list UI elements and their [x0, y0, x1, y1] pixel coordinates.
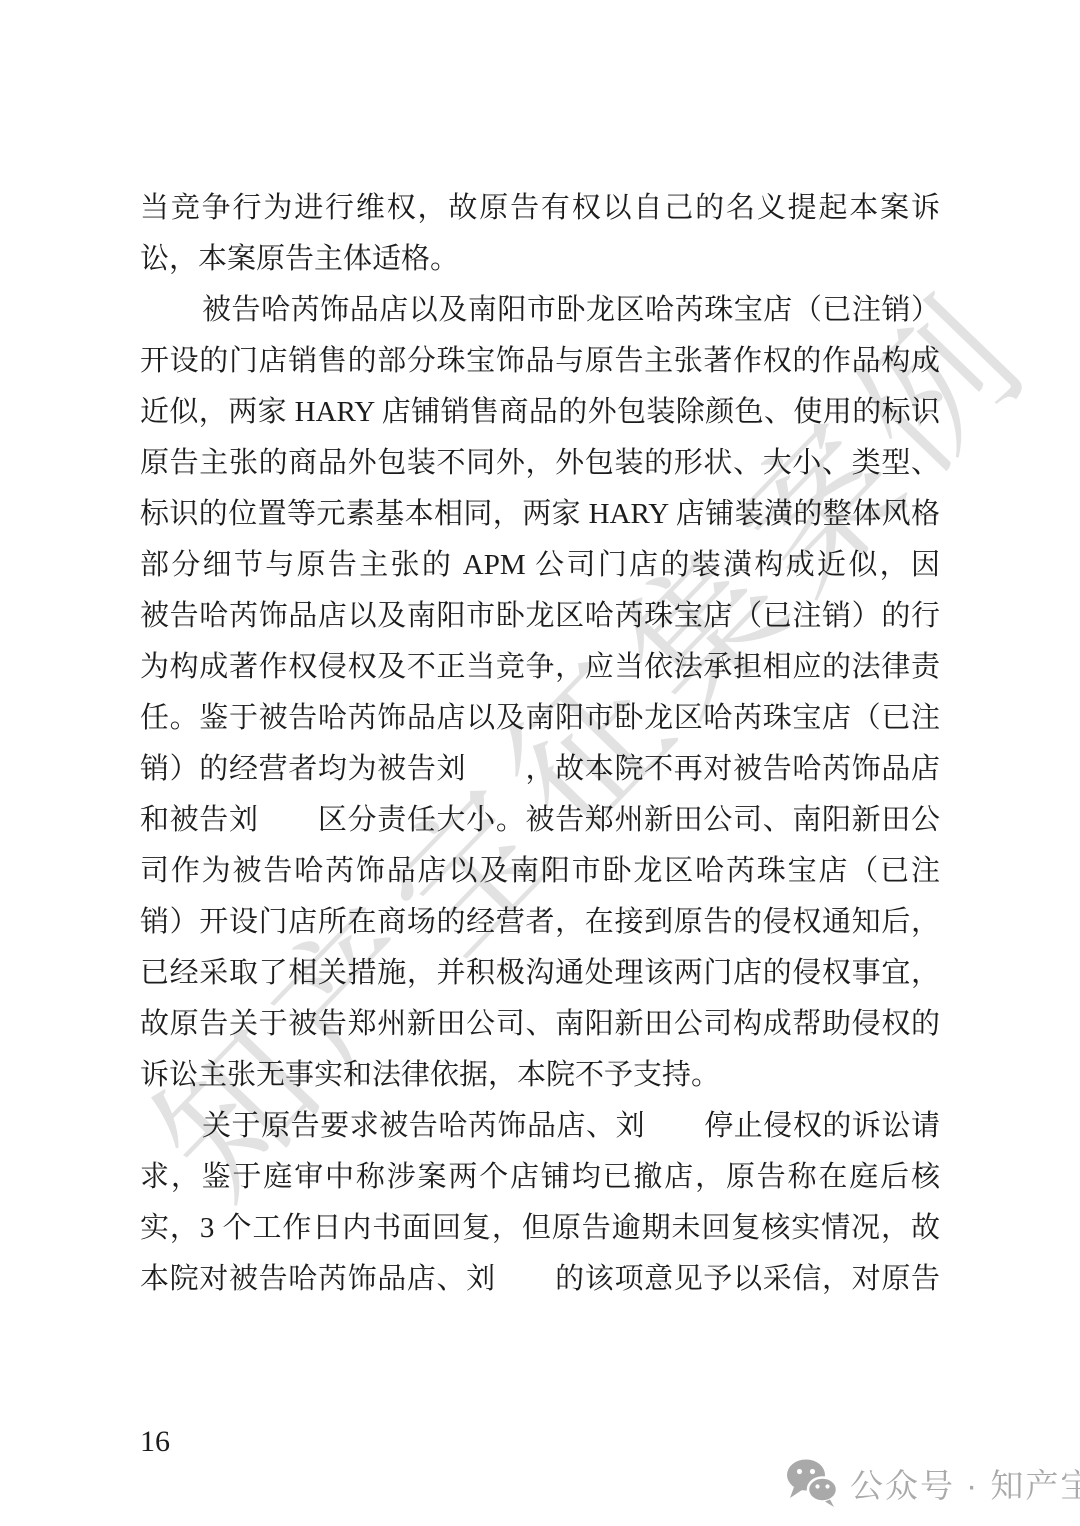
text-line-16: 已经采取了相关措施，并积极沟通处理该两门店的侵权事宜，	[140, 948, 940, 999]
text-line-6: 原告主张的商品外包装不同外，外包装的形状、大小、类型、	[140, 438, 940, 489]
text-line-11: 任。鉴于被告哈芮饰品店以及南阳市卧龙区哈芮珠宝店（已注	[140, 693, 940, 744]
text-line-18: 诉讼主张无事实和法律依据，本院不予支持。	[140, 1050, 940, 1101]
text-line-3: 被告哈芮饰品店以及南阳市卧龙区哈芮珠宝店（已注销）	[140, 285, 940, 336]
document-page: 知产宝征集案例 当竞争行为进行维权，故原告有权以自己的名义提起本案诉 讼，本案原…	[0, 0, 1080, 1526]
text-line-20: 求，鉴于庭审中称涉案两个店铺均已撤店，原告称在庭后核	[140, 1152, 940, 1203]
text-line-12: 销）的经营者均为被告刘 ，故本院不再对被告哈芮饰品店	[140, 744, 940, 795]
text-line-14: 司作为被告哈芮饰品店以及南阳市卧龙区哈芮珠宝店（已注	[140, 846, 940, 897]
wechat-label: 公众号 · 知产宝	[850, 1460, 1080, 1507]
footer-wechat: 公众号 · 知产宝	[786, 1458, 1080, 1508]
text-line-2: 讼，本案原告主体适格。	[140, 234, 940, 285]
text-line-7: 标识的位置等元素基本相同，两家 HARY 店铺装潢的整体风格及	[140, 489, 940, 540]
text-line-1: 当竞争行为进行维权，故原告有权以自己的名义提起本案诉	[140, 183, 940, 234]
text-line-9: 被告哈芮饰品店以及南阳市卧龙区哈芮珠宝店（已注销）的行	[140, 591, 940, 642]
text-line-5: 近似，两家 HARY 店铺销售商品的外包装除颜色、使用的标识与	[140, 387, 940, 438]
text-line-19: 关于原告要求被告哈芮饰品店、刘 停止侵权的诉讼请	[140, 1101, 940, 1152]
text-line-4: 开设的门店销售的部分珠宝饰品与原告主张著作权的作品构成	[140, 336, 940, 387]
text-line-15: 销）开设门店所在商场的经营者，在接到原告的侵权通知后，	[140, 897, 940, 948]
text-line-22: 本院对被告哈芮饰品店、刘 的该项意见予以采信，对原告	[140, 1254, 940, 1305]
page-number: 16	[140, 1425, 170, 1459]
text-line-10: 为构成著作权侵权及不正当竞争，应当依法承担相应的法律责	[140, 642, 940, 693]
text-line-13: 和被告刘 区分责任大小。被告郑州新田公司、南阳新田公	[140, 795, 940, 846]
text-line-21: 实，3 个工作日内书面回复，但原告逾期未回复核实情况，故	[140, 1203, 940, 1254]
text-line-17: 故原告关于被告郑州新田公司、南阳新田公司构成帮助侵权的	[140, 999, 940, 1050]
wechat-icon	[786, 1458, 838, 1508]
body-text: 当竞争行为进行维权，故原告有权以自己的名义提起本案诉 讼，本案原告主体适格。 被…	[140, 183, 940, 1305]
text-line-8: 部分细节与原告主张的 APM 公司门店的装潢构成近似，因此，	[140, 540, 940, 591]
